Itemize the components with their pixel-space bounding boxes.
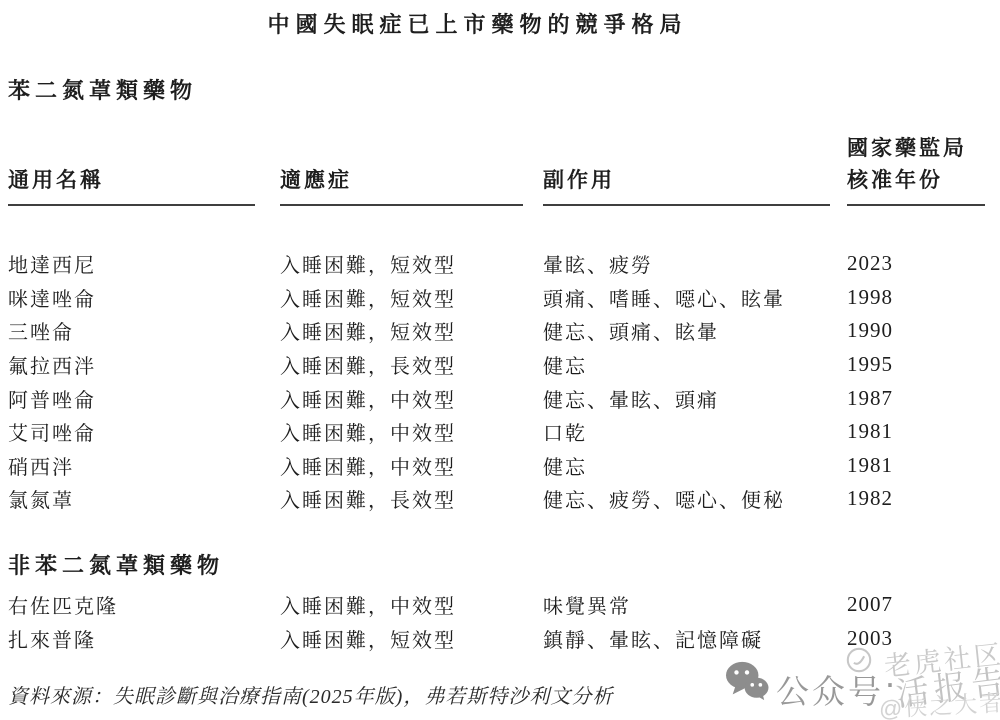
- wechat-icon: [724, 660, 770, 702]
- column-header-generic-name-label: 通用名稱: [8, 165, 104, 197]
- column-header-side-effects: 副作用: [543, 132, 847, 206]
- drug-name: 氯氮䓬: [8, 484, 280, 513]
- side-effects: 健忘: [543, 451, 847, 480]
- document-page: 中國失眠症已上市藥物的競爭格局 苯二氮䓬類藥物 通用名稱 適應症 副作用 國家藥…: [0, 0, 1000, 720]
- side-effects: 味覺異常: [543, 590, 847, 619]
- section-heading-benzodiazepine: 苯二氮䓬類藥物: [8, 74, 197, 105]
- approval-year: 1981: [847, 453, 1000, 478]
- column-header-approval-line2: 核准年份: [847, 165, 943, 197]
- drug-name: 氟拉西泮: [8, 350, 280, 379]
- table-row: 硝西泮 入睡困難，中效型 健忘 1981: [8, 449, 1000, 483]
- column-header-side-effects-label: 副作用: [543, 165, 615, 197]
- approval-year: 2023: [847, 251, 1000, 276]
- page-title: 中國失眠症已上市藥物的競爭格局: [0, 8, 955, 39]
- side-effects: 健忘、頭痛、眩暈: [543, 316, 847, 345]
- column-header-generic-name: 通用名稱: [8, 132, 280, 206]
- side-effects: 口乾: [543, 417, 847, 446]
- side-effects: 健忘、暈眩、頭痛: [543, 384, 847, 413]
- side-effects: 健忘: [543, 350, 847, 379]
- table-header-row: 通用名稱 適應症 副作用 國家藥監局 核准年份: [8, 132, 1000, 206]
- indication: 入睡困難，短效型: [280, 624, 543, 653]
- drug-name: 扎來普隆: [8, 624, 280, 653]
- side-effects: 頭痛、嗜睡、噁心、眩暈: [543, 283, 847, 312]
- indication: 入睡困難，長效型: [280, 350, 543, 379]
- drug-name: 三唑侖: [8, 316, 280, 345]
- table-row: 咪達唑侖 入睡困難，短效型 頭痛、嗜睡、噁心、眩暈 1998: [8, 281, 1000, 315]
- header-underline: [847, 204, 985, 206]
- table-row: 右佐匹克隆 入睡困難，中效型 味覺異常 2007: [8, 588, 1000, 622]
- drug-name: 硝西泮: [8, 451, 280, 480]
- header-underline: [8, 204, 255, 206]
- drug-name: 咪達唑侖: [8, 283, 280, 312]
- approval-year: 1981: [847, 419, 1000, 444]
- approval-year: 1982: [847, 486, 1000, 511]
- indication: 入睡困難，短效型: [280, 316, 543, 345]
- approval-year: 2007: [847, 592, 1000, 617]
- approval-year: 1995: [847, 352, 1000, 377]
- column-header-approval-year: 國家藥監局 核准年份: [847, 132, 1000, 206]
- column-header-indication-label: 適應症: [280, 165, 352, 197]
- indication: 入睡困難，長效型: [280, 484, 543, 513]
- table-row: 三唑侖 入睡困難，短效型 健忘、頭痛、眩暈 1990: [8, 314, 1000, 348]
- indication: 入睡困難，中效型: [280, 590, 543, 619]
- indication: 入睡困難，中效型: [280, 384, 543, 413]
- side-effects: 健忘、疲勞、噁心、便秘: [543, 484, 847, 513]
- table-row: 氟拉西泮 入睡困難，長效型 健忘 1995: [8, 348, 1000, 382]
- approval-year: 1998: [847, 285, 1000, 310]
- report-logo-icon: [845, 646, 873, 674]
- header-underline: [280, 204, 523, 206]
- indication: 入睡困難，短效型: [280, 283, 543, 312]
- approval-year: 1987: [847, 386, 1000, 411]
- table-row: 阿普唑侖 入睡困難，中效型 健忘、暈眩、頭痛 1987: [8, 381, 1000, 415]
- column-header-approval-line1: 國家藥監局: [847, 133, 967, 165]
- source-note: 資料來源：失眠診斷與治療指南(2025年版)，弗若斯特沙利文分析: [8, 680, 613, 709]
- watermark-author-handle: @侠之大者: [878, 684, 1000, 720]
- drug-name: 右佐匹克隆: [8, 590, 280, 619]
- table-row: 艾司唑侖 入睡困難，中效型 口乾 1981: [8, 415, 1000, 449]
- benzodiazepine-rows: 地達西尼 入睡困難，短效型 暈眩、疲勞 2023 咪達唑侖 入睡困難，短效型 頭…: [8, 247, 1000, 516]
- table-row: 氯氮䓬 入睡困難，長效型 健忘、疲勞、噁心、便秘 1982: [8, 482, 1000, 516]
- side-effects: 暈眩、疲勞: [543, 249, 847, 278]
- column-header-indication: 適應症: [280, 132, 543, 206]
- drug-name: 艾司唑侖: [8, 417, 280, 446]
- side-effects: 鎮靜、暈眩、記憶障礙: [543, 624, 847, 653]
- drug-name: 阿普唑侖: [8, 384, 280, 413]
- header-underline: [543, 204, 830, 206]
- table-row: 地達西尼 入睡困難，短效型 暈眩、疲勞 2023: [8, 247, 1000, 281]
- section-heading-non-benzodiazepine: 非苯二氮䓬類藥物: [8, 549, 224, 580]
- indication: 入睡困難，中效型: [280, 417, 543, 446]
- indication: 入睡困難，短效型: [280, 249, 543, 278]
- indication: 入睡困難，中效型: [280, 451, 543, 480]
- approval-year: 1990: [847, 318, 1000, 343]
- drug-name: 地達西尼: [8, 249, 280, 278]
